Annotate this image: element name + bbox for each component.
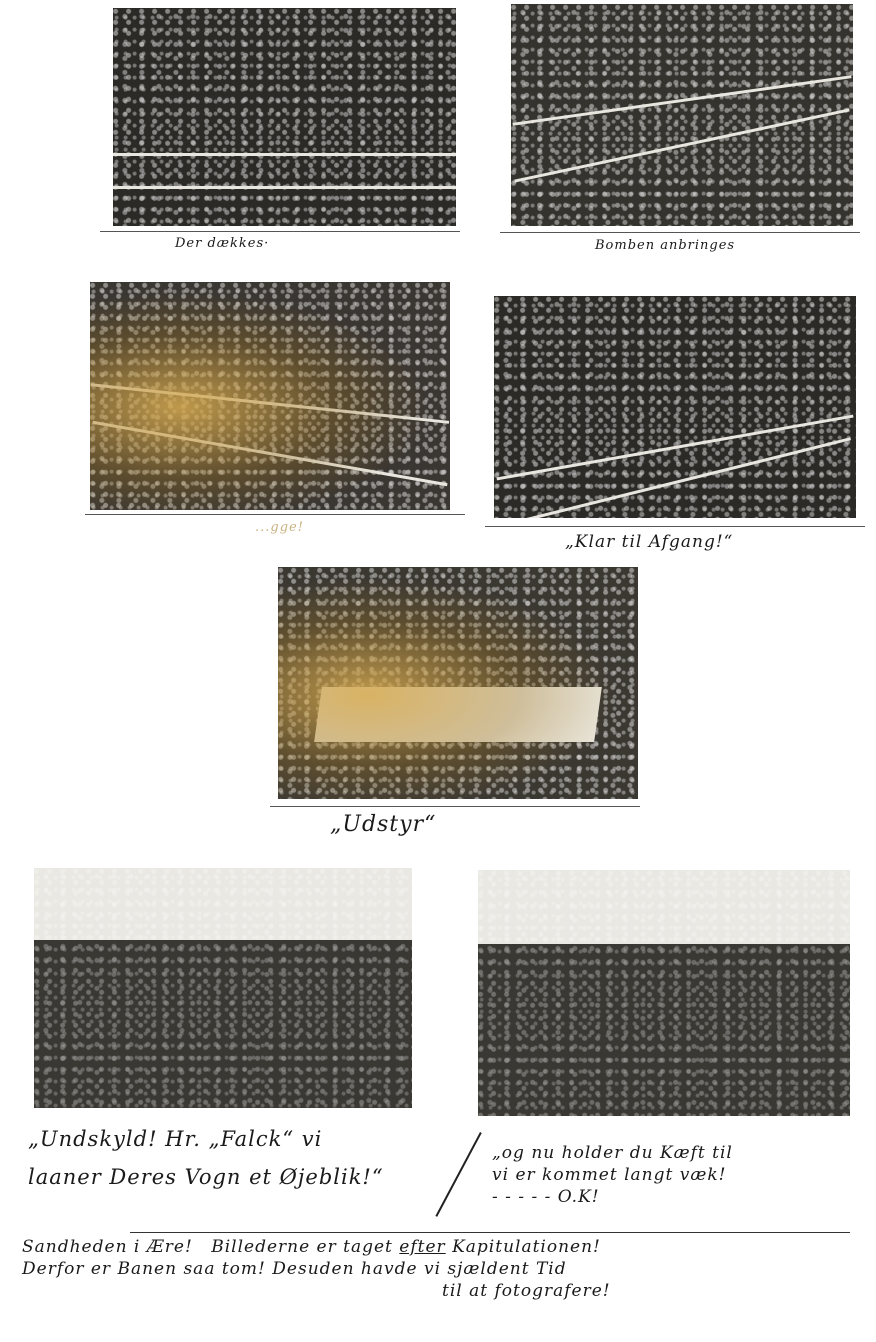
caption-rule — [270, 806, 640, 807]
photo-bomb-placement — [511, 4, 853, 226]
footer-line-2: Derfor er Banen saa tom! Desuden havde v… — [22, 1258, 872, 1280]
caption-right: „og nu holder du Kæft til vi er kommet l… — [492, 1142, 872, 1208]
footer-note: Sandheden i Ære! Billederne er taget eft… — [22, 1236, 872, 1302]
photo-caption-1: Der dækkes· — [175, 236, 269, 251]
caption-rule — [485, 526, 865, 527]
caption-right-line3: - - - - - O.K! — [492, 1186, 872, 1208]
caption-left-line1: „Undskyld! Hr. „Falck“ vi — [28, 1126, 458, 1152]
photo-caption-4: „Klar til Afgang!“ — [565, 532, 733, 552]
separator-line — [130, 1232, 850, 1233]
caption-right-line1: „og nu holder du Kæft til — [492, 1142, 872, 1164]
caption-left-line2: laaner Deres Vogn et Øjeblik!“ — [28, 1164, 458, 1190]
photo-equipment — [278, 567, 638, 799]
photo-caption-5: „Udstyr“ — [330, 812, 436, 837]
caption-rule — [500, 232, 860, 233]
photo-ready-departure — [494, 296, 856, 518]
caption-right-line2: vi er kommet langt væk! — [492, 1164, 872, 1186]
caption-left: „Undskyld! Hr. „Falck“ vi laaner Deres V… — [28, 1126, 458, 1190]
photo-railway-gantry — [90, 282, 450, 510]
photo-street-car — [34, 868, 412, 1108]
caption-rule — [100, 231, 460, 232]
photo-track-cover — [113, 8, 456, 226]
footer-line-3: til at fotografere! — [22, 1280, 872, 1302]
photo-caption-3: ...gge! — [255, 520, 304, 535]
photo-caption-2: Bomben anbringes — [595, 238, 735, 253]
photo-men-by-car — [478, 870, 850, 1116]
footer-line-1: Sandheden i Ære! Billederne er taget eft… — [22, 1236, 872, 1258]
caption-rule — [85, 514, 465, 515]
